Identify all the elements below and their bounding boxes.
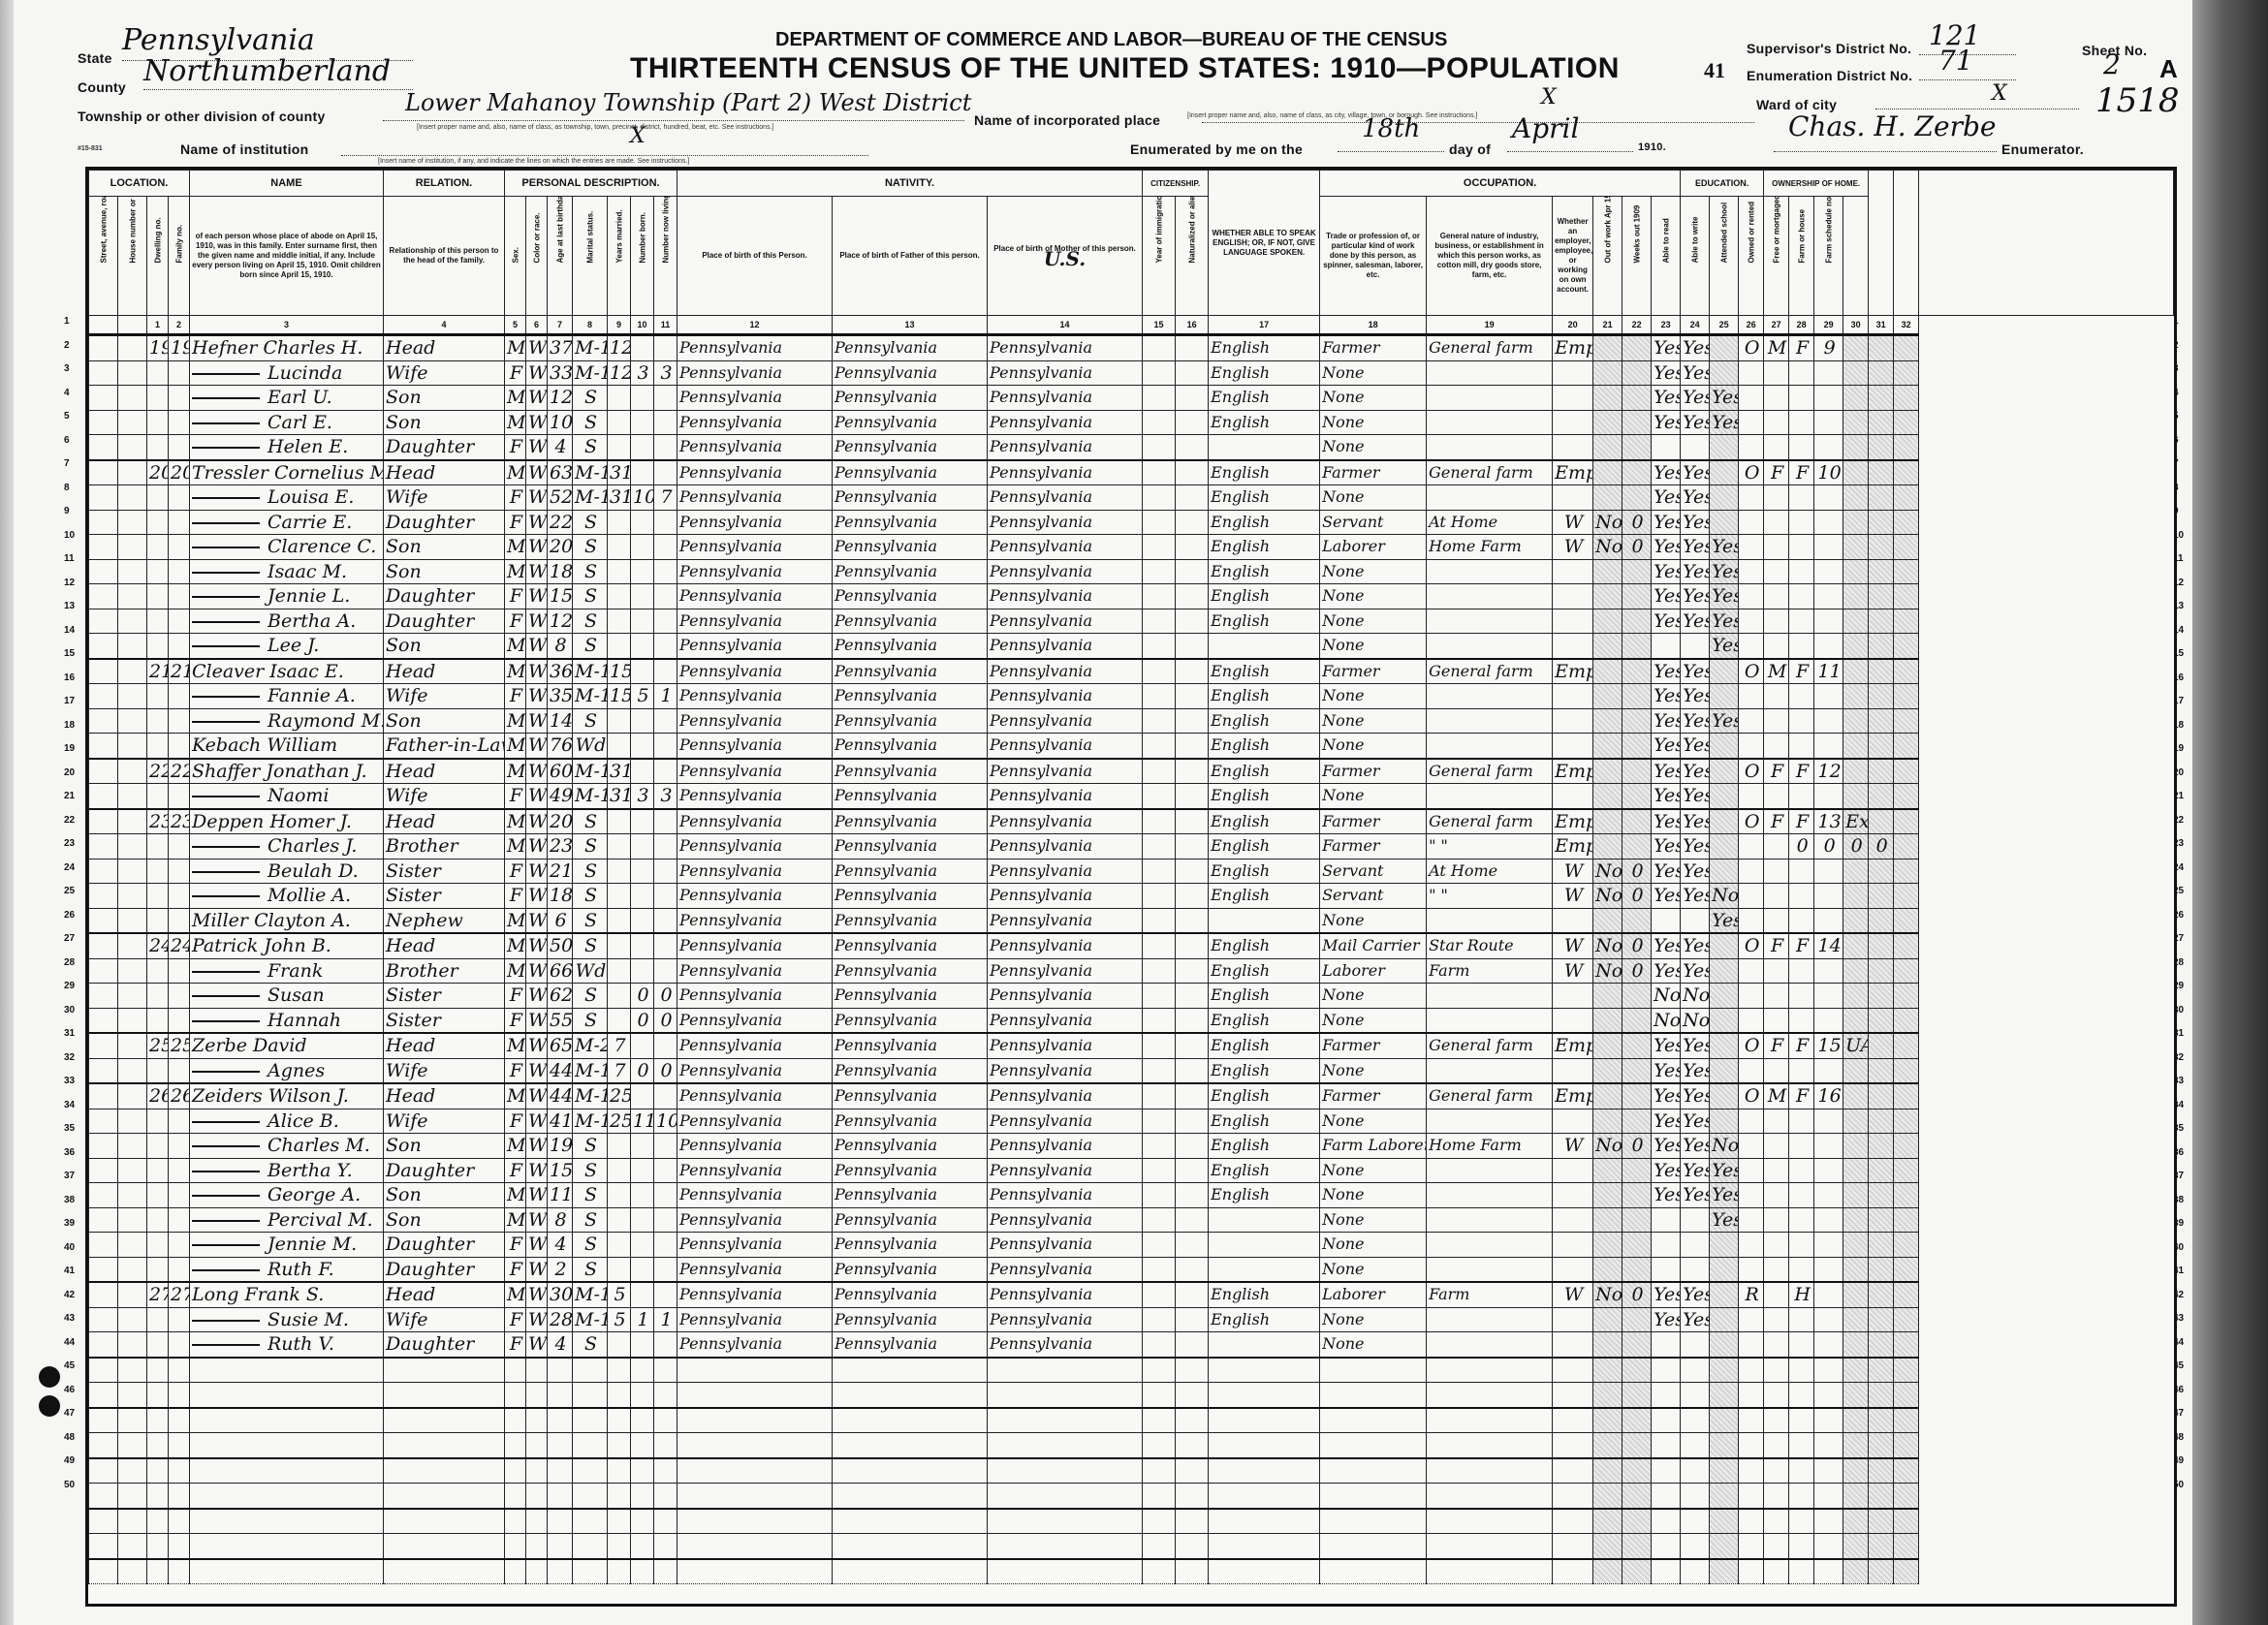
cell-veteran: [1843, 1158, 1869, 1183]
surname: Tressler: [192, 462, 268, 484]
cell-born: [631, 1207, 654, 1233]
cell-school: [1710, 1058, 1739, 1083]
empty-cell: [89, 1207, 118, 1233]
cell-school: Yes: [1710, 908, 1739, 933]
cell-years-married: [608, 634, 631, 659]
cell-family: [169, 510, 190, 535]
cell-relation: Brother: [384, 958, 505, 984]
empty-cell: [1143, 884, 1176, 909]
cell-family: 25: [169, 1033, 190, 1058]
cell-out-of-work: [1593, 1083, 1622, 1109]
cell-farm-house: [1789, 1207, 1814, 1233]
cell-dwelling: [147, 1332, 169, 1358]
cell-mother-birth: Pennsylvania: [988, 584, 1143, 609]
cell-mortgage: [1764, 386, 1789, 411]
cell-owned: [1739, 1332, 1764, 1358]
cell-mortgage: [1764, 1282, 1789, 1307]
department-title: DEPARTMENT OF COMMERCE AND LABOR—BUREAU …: [775, 29, 1447, 51]
empty-cell: [1739, 1358, 1764, 1383]
column-number: 13: [833, 316, 988, 335]
col-6: Color or race.: [526, 197, 548, 316]
cell-deaf: [1894, 335, 1919, 361]
cell-race: W: [526, 1307, 548, 1332]
cell-father-birth: Pennsylvania: [833, 809, 988, 834]
cell-language: English: [1209, 1083, 1320, 1109]
cell-write: [1681, 1207, 1710, 1233]
empty-cell: [1176, 1332, 1209, 1358]
cell-family: [169, 784, 190, 809]
empty-cell: [1143, 535, 1176, 560]
empty-cell: [1143, 908, 1176, 933]
cell-age: 35: [548, 684, 573, 709]
cell-marital: M-1: [573, 1058, 608, 1083]
cell-sex: M: [505, 410, 526, 435]
cell-language: English: [1209, 933, 1320, 958]
given-name: Mollie A.: [268, 885, 351, 906]
cell-school: [1710, 360, 1739, 386]
cell-class: W: [1553, 535, 1593, 560]
cell-trade: None: [1320, 784, 1427, 809]
empty-cell: [1622, 1358, 1652, 1383]
empty-cell: [89, 535, 118, 560]
cell-veteran: [1843, 485, 1869, 511]
cell-age: 23: [548, 834, 573, 859]
ditto-dash: [192, 397, 260, 399]
empty-cell: [1176, 984, 1209, 1009]
given-name: Charles J.: [268, 835, 357, 857]
cell-birth: Pennsylvania: [677, 1008, 833, 1033]
cell-owned: [1739, 708, 1764, 734]
empty-cell: [1143, 708, 1176, 734]
empty-cell: [677, 1559, 833, 1584]
cell-out-of-work: [1593, 386, 1622, 411]
empty-cell: [1209, 1433, 1320, 1458]
empty-cell: [1894, 1484, 1919, 1509]
empty-cell: [608, 1433, 631, 1458]
cell-birth: Pennsylvania: [677, 1134, 833, 1159]
empty-cell: [1553, 1358, 1593, 1383]
cell-dwelling: [147, 684, 169, 709]
cell-schedule: 16: [1814, 1083, 1843, 1109]
empty-cell: [1176, 1383, 1209, 1408]
cell-weeks-out: [1622, 984, 1652, 1009]
person-name: Beulah D.: [190, 859, 384, 884]
empty-cell: [988, 1358, 1143, 1383]
cell-veteran: [1843, 684, 1869, 709]
cell-living: 0: [654, 1008, 677, 1033]
cell-years-married: [608, 386, 631, 411]
empty-cell: [89, 634, 118, 659]
given-name: Jonathan J.: [266, 761, 366, 782]
cell-owned: [1739, 386, 1764, 411]
empty-cell: [1789, 1408, 1814, 1433]
empty-cell: [988, 1458, 1143, 1484]
cell-veteran: [1843, 1083, 1869, 1109]
line-number: 13: [64, 595, 83, 619]
empty-cell: [1176, 1134, 1209, 1159]
cell-weeks-out: [1622, 435, 1652, 460]
cell-mother-birth: Pennsylvania: [988, 485, 1143, 511]
ditto-dash: [192, 1220, 260, 1222]
cell-class: [1553, 386, 1593, 411]
cell-race: W: [526, 410, 548, 435]
cell-birth: Pennsylvania: [677, 908, 833, 933]
empty-cell: [1176, 834, 1209, 859]
cell-deaf: [1894, 784, 1919, 809]
cell-read: [1652, 435, 1681, 460]
cell-industry: [1427, 1233, 1553, 1258]
person-name: Susie M.: [190, 1307, 384, 1332]
column-number: 16: [1176, 316, 1209, 335]
cell-veteran: [1843, 609, 1869, 634]
cell-write: Yes: [1681, 460, 1710, 485]
cell-marital: S: [573, 884, 608, 909]
ward-line: [1875, 109, 2079, 109]
cell-owned: [1739, 834, 1764, 859]
cell-write: Yes: [1681, 386, 1710, 411]
cell-mortgage: [1764, 1134, 1789, 1159]
group-education: Education.: [1681, 171, 1764, 197]
cell-industry: [1427, 908, 1553, 933]
line-number: 24: [64, 857, 83, 881]
cell-years-married: 25: [608, 1109, 631, 1134]
cell-write: Yes: [1681, 708, 1710, 734]
empty-cell: [118, 809, 147, 834]
empty-cell: [1869, 1408, 1894, 1433]
cell-veteran: [1843, 1257, 1869, 1282]
cell-race: W: [526, 1233, 548, 1258]
ditto-dash: [192, 547, 260, 548]
cell-trade: None: [1320, 609, 1427, 634]
cell-owned: O: [1739, 933, 1764, 958]
cell-trade: None: [1320, 984, 1427, 1009]
cell-years-married: [608, 435, 631, 460]
empty-cell: [505, 1408, 526, 1433]
cell-family: [169, 1008, 190, 1033]
cell-blind: [1869, 609, 1894, 634]
cell-age: 11: [548, 1183, 573, 1208]
cell-dwelling: [147, 859, 169, 884]
cell-industry: Farm: [1427, 958, 1553, 984]
given-name: Lucinda: [268, 362, 342, 384]
surname: Kebach: [192, 734, 261, 756]
empty-cell: [1143, 634, 1176, 659]
cell-veteran: [1843, 584, 1869, 609]
cell-born: [631, 335, 654, 361]
empty-cell: [1681, 1433, 1710, 1458]
cell-relation: Son: [384, 634, 505, 659]
cell-age: 22: [548, 510, 573, 535]
empty-cell: [1593, 1509, 1622, 1534]
cell-write: Yes: [1681, 859, 1710, 884]
empty-cell: [1869, 1383, 1894, 1408]
empty-cell: [1894, 1383, 1919, 1408]
line-number: 33: [64, 1070, 83, 1094]
given-name: John B.: [264, 935, 331, 956]
cell-farm-house: [1789, 559, 1814, 584]
cell-mortgage: M: [1764, 335, 1789, 361]
cell-years-married: [608, 984, 631, 1009]
cell-blind: [1869, 1033, 1894, 1058]
cell-living: [654, 659, 677, 684]
cell-relation: Son: [384, 386, 505, 411]
cell-marital: M-1: [573, 1109, 608, 1134]
line-number: 35: [64, 1117, 83, 1141]
cell-race: W: [526, 933, 548, 958]
cell-class: W: [1553, 510, 1593, 535]
empty-cell: [833, 1559, 988, 1584]
month-line: [1507, 151, 1633, 152]
cell-race: W: [526, 510, 548, 535]
cell-weeks-out: 0: [1622, 1282, 1652, 1307]
empty-cell: [1209, 1358, 1320, 1383]
person-name: Zeiders Wilson J.: [190, 1083, 384, 1109]
cell-age: 49: [548, 784, 573, 809]
cell-veteran: [1843, 1134, 1869, 1159]
cell-deaf: [1894, 360, 1919, 386]
person-name: Carrie E.: [190, 510, 384, 535]
empty-cell: [89, 908, 118, 933]
cell-language: English: [1209, 1183, 1320, 1208]
cell-father-birth: Pennsylvania: [833, 1332, 988, 1358]
ditto-dash: [192, 422, 260, 424]
cell-marital: S: [573, 809, 608, 834]
cell-living: [654, 859, 677, 884]
table-row: Helen E.DaughterFW4SPennsylvaniaPennsylv…: [89, 435, 2174, 460]
cell-deaf: [1894, 908, 1919, 933]
cell-out-of-work: [1593, 460, 1622, 485]
table-row: Bertha Y.DaughterFW15SPennsylvaniaPennsy…: [89, 1158, 2174, 1183]
cell-age: 15: [548, 584, 573, 609]
empty-cell: [1553, 1509, 1593, 1534]
cell-industry: [1427, 1109, 1553, 1134]
cell-veteran: UA: [1843, 1033, 1869, 1058]
cell-language: English: [1209, 759, 1320, 784]
cell-sex: F: [505, 360, 526, 386]
empty-cell: [1143, 1358, 1176, 1383]
cell-mortgage: [1764, 1008, 1789, 1033]
cell-owned: [1739, 1058, 1764, 1083]
cell-farm-house: [1789, 884, 1814, 909]
cell-deaf: [1894, 659, 1919, 684]
empty-cell: [89, 659, 118, 684]
cell-father-birth: Pennsylvania: [833, 1033, 988, 1058]
cell-blind: [1869, 1282, 1894, 1307]
cell-veteran: [1843, 435, 1869, 460]
empty-cell: [89, 1257, 118, 1282]
cell-living: [654, 708, 677, 734]
cell-school: [1710, 659, 1739, 684]
cell-born: [631, 1282, 654, 1307]
cell-deaf: [1894, 634, 1919, 659]
empty-cell: [1143, 759, 1176, 784]
cell-farm-house: [1789, 485, 1814, 511]
empty-cell: [573, 1408, 608, 1433]
table-row: 2727Long Frank S.HeadMW30M-15Pennsylvani…: [89, 1282, 2174, 1307]
empty-cell: [118, 1458, 147, 1484]
cell-read: Yes: [1652, 1033, 1681, 1058]
empty-cell: [147, 1484, 169, 1509]
cell-blind: [1869, 734, 1894, 759]
cell-school: Yes: [1710, 609, 1739, 634]
empty-cell: [384, 1559, 505, 1584]
cell-relation: Sister: [384, 859, 505, 884]
empty-cell: [169, 1408, 190, 1433]
cell-sex: M: [505, 933, 526, 958]
cell-read: Yes: [1652, 535, 1681, 560]
cell-relation: Sister: [384, 984, 505, 1009]
enumerator-label: Enumerator.: [2001, 141, 2084, 157]
institution-label: Name of institution: [180, 141, 308, 157]
cell-mother-birth: Pennsylvania: [988, 1109, 1143, 1134]
cell-weeks-out: [1622, 708, 1652, 734]
col-1: Dwelling no.: [147, 197, 169, 316]
empty-cell: [1764, 1559, 1789, 1584]
empty-cell: [833, 1383, 988, 1408]
cell-race: W: [526, 386, 548, 411]
empty-cell: [988, 1383, 1143, 1408]
county-label: County: [78, 79, 126, 95]
empty-cell: [526, 1408, 548, 1433]
cell-sex: M: [505, 834, 526, 859]
column-number: 23: [1652, 316, 1681, 335]
ditto-dash: [192, 572, 260, 574]
cell-birth: Pennsylvania: [677, 684, 833, 709]
cell-owned: [1739, 884, 1764, 909]
column-number: 32: [1894, 316, 1919, 335]
cell-school: Yes: [1710, 1207, 1739, 1233]
cell-owned: [1739, 859, 1764, 884]
empty-cell: [1894, 1534, 1919, 1559]
cell-industry: General farm: [1427, 460, 1553, 485]
line-number: 43: [64, 1307, 83, 1331]
cell-schedule: [1814, 535, 1843, 560]
cell-marital: M-1: [573, 485, 608, 511]
cell-born: [631, 435, 654, 460]
cell-trade: Farmer: [1320, 809, 1427, 834]
cell-language: [1209, 908, 1320, 933]
cell-school: [1710, 485, 1739, 511]
cell-farm-house: [1789, 1307, 1814, 1332]
cell-living: [654, 1033, 677, 1058]
cell-deaf: [1894, 984, 1919, 1009]
table-row: LucindaWifeFW33M-11233PennsylvaniaPennsy…: [89, 360, 2174, 386]
cell-birth: Pennsylvania: [677, 485, 833, 511]
cell-sex: F: [505, 1332, 526, 1358]
ditto-dash: [192, 971, 260, 973]
cell-industry: [1427, 1058, 1553, 1083]
cell-born: 11: [631, 1109, 654, 1134]
cell-schedule: [1814, 1134, 1843, 1159]
cell-school: [1710, 734, 1739, 759]
empty-cell: [1814, 1358, 1843, 1383]
table-row: Lee J.SonMW8SPennsylvaniaPennsylvaniaPen…: [89, 634, 2174, 659]
cell-language: English: [1209, 1008, 1320, 1033]
empty-cell: [1739, 1484, 1764, 1509]
empty-cell: [118, 1083, 147, 1109]
cell-relation: Daughter: [384, 1257, 505, 1282]
cell-father-birth: Pennsylvania: [833, 1109, 988, 1134]
cell-marital: S: [573, 708, 608, 734]
cell-marital: S: [573, 859, 608, 884]
cell-weeks-out: [1622, 1008, 1652, 1033]
cell-deaf: [1894, 485, 1919, 511]
cell-father-birth: Pennsylvania: [833, 859, 988, 884]
cell-family: 24: [169, 933, 190, 958]
cell-weeks-out: [1622, 1307, 1652, 1332]
cell-father-birth: Pennsylvania: [833, 1158, 988, 1183]
cell-years-married: [608, 834, 631, 859]
cell-mortgage: [1764, 734, 1789, 759]
cell-industry: Home Farm: [1427, 535, 1553, 560]
empty-cell: [1593, 1534, 1622, 1559]
empty-cell: [677, 1383, 833, 1408]
cell-mortgage: [1764, 485, 1789, 511]
cell-trade: None: [1320, 485, 1427, 511]
given-name: Louisa E.: [268, 486, 354, 508]
cell-birth: Pennsylvania: [677, 759, 833, 784]
col-18: Trade or profession of, or particular ki…: [1320, 197, 1427, 316]
cell-living: [654, 908, 677, 933]
cell-birth: Pennsylvania: [677, 1083, 833, 1109]
empty-cell: [988, 1484, 1143, 1509]
cell-years-married: [608, 933, 631, 958]
cell-owned: [1739, 908, 1764, 933]
empty-cell: [1593, 1484, 1622, 1509]
person-name: Louisa E.: [190, 485, 384, 511]
empty-cell: [654, 1534, 677, 1559]
column-number: 6: [526, 316, 548, 335]
cell-relation: Son: [384, 708, 505, 734]
line-number: 15: [64, 642, 83, 667]
cell-mortgage: F: [1764, 809, 1789, 834]
cell-farm-house: F: [1789, 460, 1814, 485]
cell-living: [654, 1207, 677, 1233]
person-name: Agnes: [190, 1058, 384, 1083]
cell-years-married: [608, 1158, 631, 1183]
cell-marital: S: [573, 984, 608, 1009]
line-number: 1: [64, 310, 83, 334]
cell-farm-house: F: [1789, 1083, 1814, 1109]
cell-years-married: [608, 1332, 631, 1358]
cell-living: [654, 1233, 677, 1258]
empty-cell: [89, 1058, 118, 1083]
person-name: Jennie L.: [190, 584, 384, 609]
cell-read: Yes: [1652, 784, 1681, 809]
cell-farm-house: F: [1789, 809, 1814, 834]
empty-cell: [548, 1559, 573, 1584]
cell-years-married: [608, 510, 631, 535]
empty-cell: [1209, 1383, 1320, 1408]
empty-cell: [1681, 1458, 1710, 1484]
cell-years-married: 15: [608, 659, 631, 684]
empty-cell: [89, 386, 118, 411]
cell-blind: [1869, 684, 1894, 709]
ditto-dash: [192, 1071, 260, 1073]
cell-sex: M: [505, 708, 526, 734]
empty-cell: [1320, 1408, 1427, 1433]
cell-father-birth: Pennsylvania: [833, 485, 988, 511]
cell-schedule: [1814, 1183, 1843, 1208]
cell-owned: [1739, 684, 1764, 709]
ditto-dash: [192, 596, 260, 598]
cell-family: 23: [169, 809, 190, 834]
cell-read: Yes: [1652, 1183, 1681, 1208]
cell-read: No: [1652, 984, 1681, 1009]
cell-age: 4: [548, 1332, 573, 1358]
empty-cell: [1789, 1358, 1814, 1383]
empty-cell: [89, 1233, 118, 1258]
